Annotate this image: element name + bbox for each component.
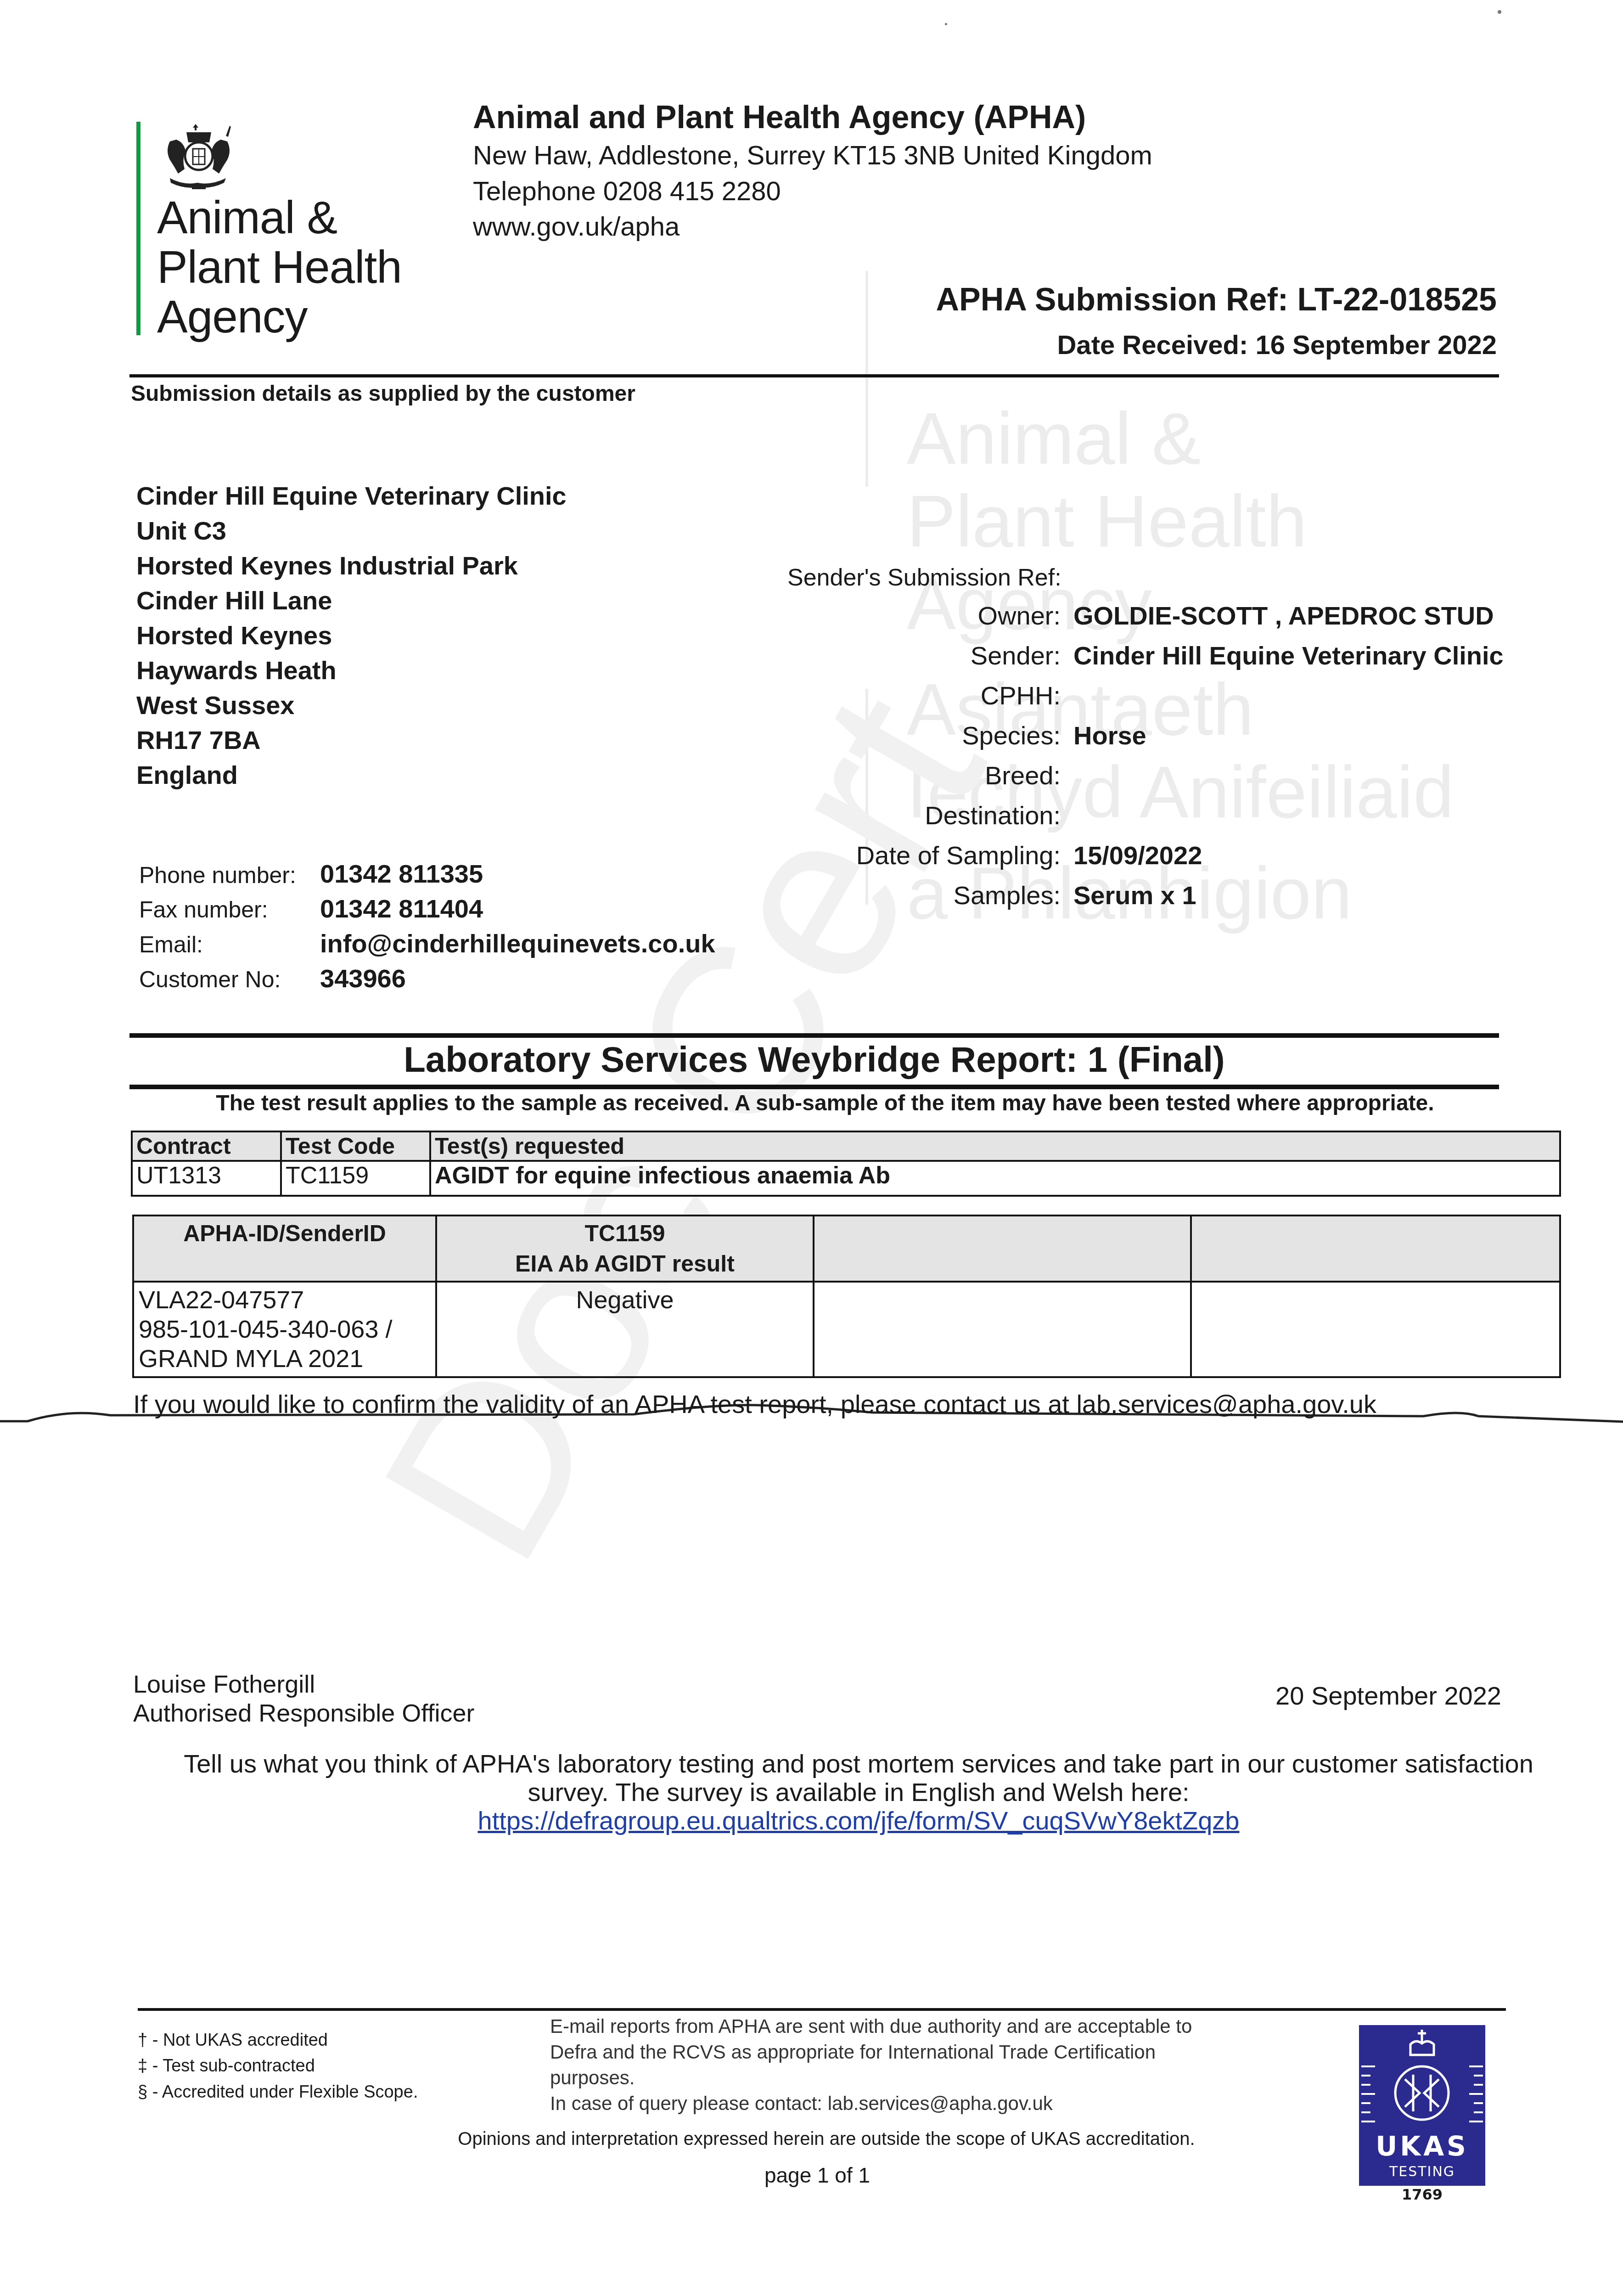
empty-cell [814, 1282, 1191, 1377]
tests-requested-table: Contract Test Code Test(s) requested UT1… [131, 1131, 1561, 1197]
test-requested-cell: AGIDT for equine infectious anaemia Ab [430, 1161, 1560, 1196]
divider [129, 1033, 1499, 1038]
validity-note: If you would like to confirm the validit… [133, 1389, 1376, 1419]
column-header-empty [814, 1216, 1191, 1282]
address-line: West Sussex [136, 688, 294, 723]
legend-not-ukas: † - Not UKAS accredited [138, 2031, 328, 2050]
date-of-sampling-value: 15/09/2022 [1073, 840, 1202, 870]
apha-id-line: GRAND MYLA 2021 [139, 1344, 431, 1373]
address-line: Horsted Keynes [136, 618, 332, 653]
column-header-test-code: Test Code [281, 1131, 430, 1161]
apha-id-line: VLA22-047577 [139, 1285, 431, 1315]
address-line: England [136, 758, 238, 793]
senders-submission-ref-label: Sender's Submission Ref: [787, 564, 1061, 591]
breed-label: Breed: [647, 760, 1061, 790]
logo-green-bar [136, 122, 140, 335]
agency-website[interactable]: www.gov.uk/apha [473, 211, 680, 242]
submission-details-heading: Submission details as supplied by the cu… [131, 381, 635, 406]
table-row: UT1313 TC1159 AGIDT for equine infectiou… [132, 1161, 1560, 1196]
table-row: VLA22-047577 985-101-045-340-063 / GRAND… [133, 1282, 1560, 1377]
ukas-category: TESTING [1359, 2164, 1485, 2180]
customer-no-label: Customer No: [139, 966, 281, 993]
ukas-testing-logo: UKAS TESTING [1359, 2025, 1485, 2186]
signatory-name: Louise Fothergill [133, 1670, 315, 1699]
samples-value: Serum x 1 [1073, 880, 1196, 910]
legend-sub-contracted: ‡ - Test sub-contracted [138, 2056, 315, 2076]
note-line: purposes. [550, 2065, 1192, 2091]
legend-flexible-scope: § - Accredited under Flexible Scope. [138, 2082, 418, 2102]
phone-value: 01342 811335 [320, 859, 483, 889]
sender-value: Cinder Hill Equine Veterinary Clinic [1073, 641, 1504, 670]
column-header-empty [1191, 1216, 1560, 1282]
survey-link[interactable]: https://defragroup.eu.qualtrics.com/jfe/… [477, 1806, 1239, 1835]
customer-no-value: 343966 [320, 963, 406, 993]
owner-label: Owner: [647, 601, 1061, 630]
phone-label: Phone number: [139, 862, 296, 889]
divider [129, 1085, 1499, 1089]
test-code-cell: TC1159 [281, 1161, 430, 1196]
sender-label: Sender: [647, 641, 1061, 670]
scan-speck [945, 23, 947, 25]
ukas-name: UKAS [1359, 2131, 1485, 2162]
divider [138, 2008, 1506, 2011]
column-header-tests-requested: Test(s) requested [430, 1131, 1560, 1161]
address-line: Cinder Hill Lane [136, 583, 332, 618]
column-header-tc1159: TC1159EIA Ab AGIDT result [436, 1216, 814, 1282]
logo-text-line: Plant Health [157, 242, 402, 292]
page-number: page 1 of 1 [634, 2163, 1001, 2188]
owner-value: GOLDIE-SCOTT , APEDROC STUD [1073, 601, 1494, 630]
header-line: EIA Ab AGIDT result [441, 1249, 809, 1279]
fax-value: 01342 811404 [320, 894, 483, 923]
address-line: Haywards Heath [136, 653, 337, 688]
fax-label: Fax number: [139, 896, 268, 923]
note-line: Defra and the RCVS as appropriate for In… [550, 2039, 1192, 2065]
sample-applicability-note: The test result applies to the sample as… [129, 1091, 1521, 1116]
survey-invitation: Tell us what you think of APHA's laborat… [133, 1750, 1584, 1835]
address-line: Cinder Hill Equine Veterinary Clinic [136, 478, 567, 513]
ukas-crown-logo-icon [1359, 2025, 1485, 2131]
agency-address: New Haw, Addlestone, Surrey KT15 3NB Uni… [473, 140, 1152, 171]
agency-name: Animal and Plant Health Agency (APHA) [473, 99, 1086, 135]
ukas-accreditation-number: 1769 [1359, 2186, 1485, 2203]
watermark-line: Animal & [907, 400, 1201, 478]
cphh-label: CPHH: [647, 681, 1061, 710]
survey-line: Tell us what you think of APHA's laborat… [133, 1750, 1584, 1778]
date-received: Date Received: 16 September 2022 [1057, 330, 1497, 360]
samples-label: Samples: [647, 880, 1061, 910]
address-line: Horsted Keynes Industrial Park [136, 548, 518, 583]
date-of-sampling-label: Date of Sampling: [647, 840, 1061, 870]
results-table: APHA-ID/SenderID TC1159EIA Ab AGIDT resu… [132, 1215, 1561, 1378]
apha-id-cell: VLA22-047577 985-101-045-340-063 / GRAND… [133, 1282, 436, 1377]
empty-cell [1191, 1282, 1560, 1377]
logo-text-line: Agency [157, 292, 308, 342]
table-header-row: APHA-ID/SenderID TC1159EIA Ab AGIDT resu… [133, 1216, 1560, 1282]
species-value: Horse [1073, 720, 1146, 750]
query-contact: In case of query please contact: lab.ser… [550, 2091, 1192, 2116]
royal-coat-of-arms-icon [156, 123, 241, 192]
agency-telephone: Telephone 0208 415 2280 [473, 176, 781, 207]
submission-ref: APHA Submission Ref: LT-22-018525 [936, 281, 1497, 318]
divider [129, 374, 1499, 377]
opinions-disclaimer: Opinions and interpretation expressed he… [367, 2129, 1286, 2150]
report-date: 20 September 2022 [1275, 1681, 1501, 1711]
logo-text-line: Animal & [157, 193, 337, 242]
address-line: RH17 7BA [136, 723, 261, 758]
report-title: Laboratory Services Weybridge Report: 1 … [129, 1039, 1499, 1080]
column-header-apha-id: APHA-ID/SenderID [133, 1216, 436, 1282]
email-label: Email: [139, 931, 203, 958]
signatory-title: Authorised Responsible Officer [133, 1699, 474, 1728]
survey-line: survey. The survey is available in Engli… [133, 1778, 1584, 1806]
destination-label: Destination: [647, 800, 1061, 830]
watermark-line: Plant Health [907, 482, 1307, 560]
email-value[interactable]: info@cinderhillequinevets.co.uk [320, 929, 715, 958]
header-line: TC1159 [441, 1218, 809, 1249]
scan-speck [1498, 10, 1501, 14]
result-cell: Negative [436, 1282, 814, 1377]
table-header-row: Contract Test Code Test(s) requested [132, 1131, 1560, 1161]
watermark-bar [865, 271, 868, 487]
note-line: E-mail reports from APHA are sent with d… [550, 2014, 1192, 2039]
email-report-note: E-mail reports from APHA are sent with d… [550, 2014, 1192, 2116]
header-line: APHA-ID/SenderID [138, 1218, 432, 1249]
species-label: Species: [647, 720, 1061, 750]
apha-id-line: 985-101-045-340-063 / [139, 1315, 431, 1344]
column-header-contract: Contract [132, 1131, 281, 1161]
address-line: Unit C3 [136, 513, 226, 548]
contract-cell: UT1313 [132, 1161, 281, 1196]
